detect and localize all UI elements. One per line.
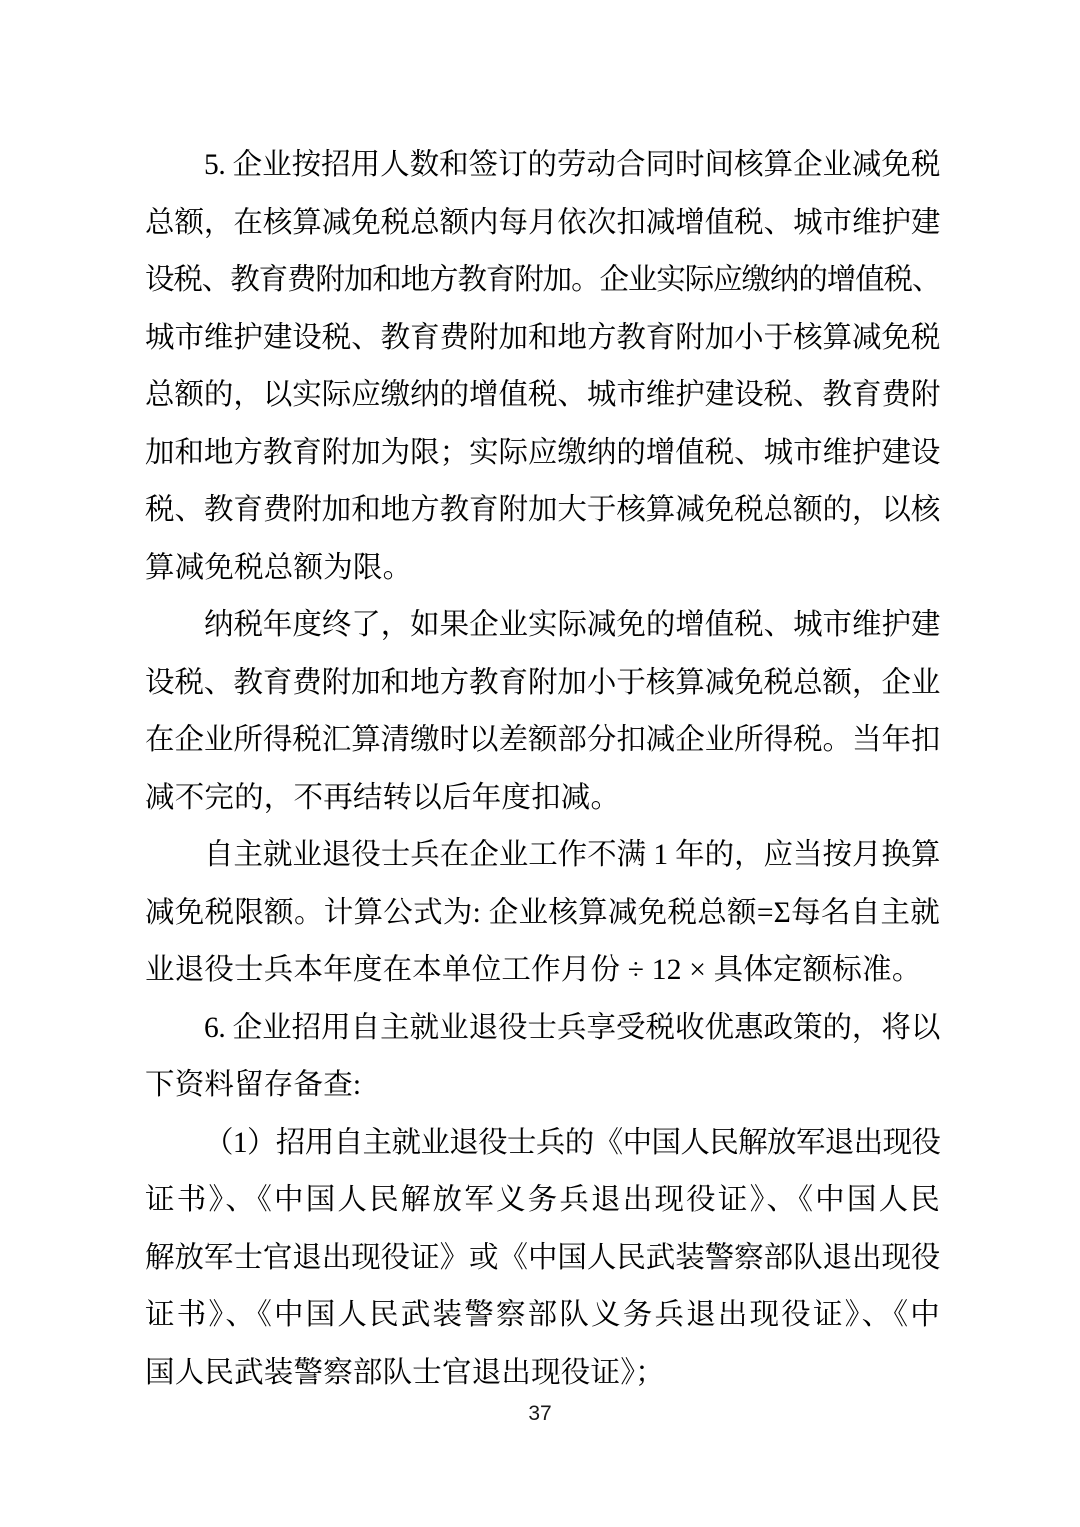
text-line: 证书》、《中国人民解放军义务兵退出现役证》、《中国人民: [145, 1172, 940, 1230]
text-line: 算减免税总额为限。: [145, 540, 940, 598]
text-line: 自主就业退役士兵在企业工作不满 1 年的，应当按月换算: [145, 827, 940, 885]
page-body-text: 5. 企业按招用人数和签订的劳动合同时间核算企业减免税 总额，在核算减免税总额内…: [145, 137, 940, 1402]
text-line: 6. 企业招用自主就业退役士兵享受税收优惠政策的，将以: [145, 1000, 940, 1058]
paragraph-retained-materials-intro: 6. 企业招用自主就业退役士兵享受税收优惠政策的，将以 下资料留存备查:: [145, 1000, 940, 1115]
text-line: 证书》、《中国人民武装警察部队义务兵退出现役证》、《中: [145, 1287, 940, 1345]
text-line: 税、教育费附加和地方教育附加大于核算减免税总额的，以核: [145, 482, 940, 540]
text-line: 减免税限额。计算公式为: 企业核算减免税总额=Σ每名自主就: [145, 885, 940, 943]
page-number: 37: [0, 1398, 1080, 1430]
text-line: 下资料留存备查:: [145, 1057, 940, 1115]
text-line: 解放军士官退出现役证》或《中国人民武装警察部队退出现役: [145, 1230, 940, 1288]
text-line: 在企业所得税汇算清缴时以差额部分扣减企业所得税。当年扣: [145, 712, 940, 770]
text-line: 设税、教育费附加和地方教育附加小于核算减免税总额，企业: [145, 655, 940, 713]
text-line: 城市维护建设税、教育费附加和地方教育附加小于核算减免税: [145, 310, 940, 368]
text-line: 加和地方教育附加为限；实际应缴纳的增值税、城市维护建设: [145, 425, 940, 483]
text-line: 总额的，以实际应缴纳的增值税、城市维护建设税、教育费附: [145, 367, 940, 425]
text-line: 5. 企业按招用人数和签订的劳动合同时间核算企业减免税: [145, 137, 940, 195]
text-line: 总额，在核算减免税总额内每月依次扣减增值税、城市维护建: [145, 195, 940, 253]
text-line: 纳税年度终了，如果企业实际减免的增值税、城市维护建: [145, 597, 940, 655]
text-line: 设税、教育费附加和地方教育附加。企业实际应缴纳的增值税、: [145, 252, 940, 310]
text-line: 业退役士兵本年度在本单位工作月份 ÷ 12 × 具体定额标准。: [145, 942, 940, 1000]
text-line: 减不完的，不再结转以后年度扣减。: [145, 770, 940, 828]
paragraph-discharge-certificates: （1）招用自主就业退役士兵的《中国人民解放军退出现役 证书》、《中国人民解放军义…: [145, 1115, 940, 1403]
paragraph-monthly-conversion-formula: 自主就业退役士兵在企业工作不满 1 年的，应当按月换算 减免税限额。计算公式为:…: [145, 827, 940, 1000]
text-line: （1）招用自主就业退役士兵的《中国人民解放军退出现役: [145, 1115, 940, 1173]
paragraph-tax-calculation: 5. 企业按招用人数和签订的劳动合同时间核算企业减免税 总额，在核算减免税总额内…: [145, 137, 940, 597]
document-page: 5. 企业按招用人数和签订的劳动合同时间核算企业减免税 总额，在核算减免税总额内…: [0, 0, 1080, 1527]
text-line: 国人民武装警察部队士官退出现役证》；: [145, 1345, 940, 1403]
paragraph-year-end-settlement: 纳税年度终了，如果企业实际减免的增值税、城市维护建 设税、教育费附加和地方教育附…: [145, 597, 940, 827]
